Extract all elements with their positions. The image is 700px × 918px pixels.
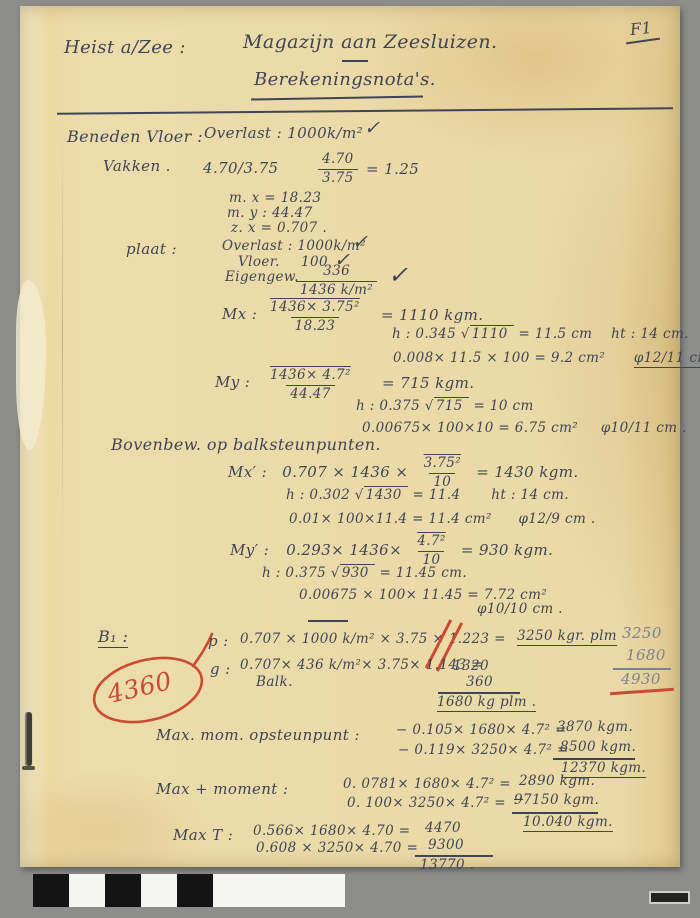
my2-h-line: h : 0.375 √930 = 11.45 cm. bbox=[262, 566, 467, 581]
calibration-square-black bbox=[177, 874, 213, 907]
my-label: My : bbox=[215, 374, 250, 391]
margin-sum-a: 3250 bbox=[622, 625, 662, 642]
max-plus-r1: 2890 kgm. bbox=[519, 774, 595, 789]
b1-g-value: 1320 bbox=[453, 659, 489, 674]
mx-h-line: h : 0.345 √1110 = 11.5 cm ht : 14 cm. bbox=[392, 327, 689, 342]
coef-zx: z. x = 0.707 . bbox=[231, 221, 327, 236]
max-mom-r2: 8500 kgm. bbox=[560, 740, 636, 755]
my-fraction: 1436× 4.7² 44.47 bbox=[266, 368, 355, 402]
plaat-eigengew-label: Eigengew. bbox=[225, 270, 299, 285]
margin-sum-b: 1680 bbox=[626, 647, 666, 664]
my-result: = 715 kgm. bbox=[382, 375, 474, 392]
page-subtitle: Berekeningsnota's. bbox=[254, 70, 436, 90]
archive-sticker bbox=[649, 891, 690, 904]
max-t-r1: 4470 bbox=[425, 821, 461, 836]
title-underline bbox=[342, 60, 368, 62]
mx-result: = 1110 kgm. bbox=[381, 307, 483, 324]
section-bovenbouw-label: Bovenbew. op balksteunpunten. bbox=[111, 436, 381, 454]
max-plus-f1: 0. 0781× 1680× 4.7² = bbox=[343, 777, 511, 792]
calibration-white-bar bbox=[213, 874, 345, 907]
max-t-f1: 0.566× 1680× 4.70 = bbox=[253, 824, 410, 839]
b1-p-label: p : bbox=[208, 633, 229, 650]
check-icon: ✓ bbox=[364, 118, 380, 139]
section-beneden-vloer-label: Beneden Vloer : bbox=[67, 128, 203, 146]
header-location: Heist a/Zee : bbox=[64, 38, 186, 58]
mx-steel-line: 0.008× 11.5 × 100 = 9.2 cm² φ12/11 cm bbox=[393, 351, 700, 366]
max-mom-f1: − 0.105× 1680× 4.7² = bbox=[396, 723, 567, 738]
margin-sum-total: 4930 bbox=[621, 671, 661, 688]
b1-balk-label: Balk. bbox=[256, 675, 293, 690]
b1-p-formula: 0.707 × 1000 k/m² × 3.75 × 1.223 = bbox=[240, 632, 506, 647]
max-plus-label: Max + moment : bbox=[156, 781, 288, 798]
my2-fraction: 4.7² 10 bbox=[413, 534, 449, 568]
my2-rebar: φ10/10 cm . bbox=[477, 602, 563, 617]
max-mom-r1: 3870 kgm. bbox=[557, 720, 633, 735]
b1-balk-value: 360 bbox=[466, 675, 493, 690]
max-plus-r2: 97150 kgm. bbox=[514, 793, 599, 808]
max-t-total: 13770 . bbox=[420, 858, 474, 873]
check-icon: ✓ bbox=[388, 262, 409, 288]
mx2-h-line: h : 0.302 √1430 = 11.4 ht : 14 cm. bbox=[286, 488, 569, 503]
calibration-square-black bbox=[33, 874, 69, 907]
b1-g-formula: 0.707× 436 k/m²× 3.75× 1.143 = bbox=[240, 658, 483, 673]
page-mark: F1 bbox=[629, 19, 653, 39]
max-t-r2: 9300 bbox=[428, 838, 464, 853]
page-title: Magazijn aan Zeesluizen. bbox=[243, 32, 497, 53]
paper-crease bbox=[62, 124, 63, 554]
paper-tear-edge bbox=[16, 280, 46, 450]
vakken-label: Vakken . bbox=[103, 158, 171, 175]
plaat-label: plaat : bbox=[126, 241, 177, 258]
check-icon: ✓ bbox=[352, 232, 368, 253]
mx-fraction: 1436× 3.75² 18.23 bbox=[266, 300, 364, 334]
vakken-result: = 1.25 bbox=[366, 161, 419, 178]
vakken-ratio: 4.70/3.75 bbox=[203, 160, 278, 177]
my2-line: My′ : 0.293× 1436× 4.7² 10 = 930 kgm. bbox=[230, 534, 553, 568]
b1-p-result: 3250 kgr. plm bbox=[517, 629, 617, 646]
plaat-vloer-label: Vloer. bbox=[238, 255, 280, 270]
beneden-overlast: Overlast : 1000k/m² bbox=[204, 125, 363, 142]
mx2-line: Mx′ : 0.707 × 1436 × 3.75² 10 = 1430 kgm… bbox=[228, 456, 579, 490]
my-h-line: h : 0.375 √715 = 10 cm bbox=[356, 399, 534, 414]
vakken-fraction: 4.70 3.75 bbox=[318, 152, 358, 186]
calibration-strip bbox=[33, 874, 345, 907]
b1-g-total: 1680 kg plm . bbox=[437, 695, 536, 712]
max-plus-total: 10.040 kgm. bbox=[523, 815, 613, 832]
my-steel-line: 0.00675× 100×10 = 6.75 cm² φ10/11 cm . bbox=[362, 421, 687, 436]
mx2-steel-line: 0.01× 100×11.4 = 11.4 cm² φ12/9 cm . bbox=[289, 512, 596, 527]
max-t-f2: 0.608 × 3250× 4.70 = bbox=[256, 841, 418, 856]
calibration-square-black bbox=[105, 874, 141, 907]
staple bbox=[25, 712, 32, 766]
coef-my: m. y : 44.47 bbox=[227, 206, 313, 221]
mx2-fraction: 3.75² 10 bbox=[420, 456, 465, 490]
coef-mx: m. x = 18.23 bbox=[229, 191, 321, 206]
b1-g-label: g : bbox=[210, 661, 231, 678]
max-plus-f2: 0. 100× 3250× 4.7² = bbox=[347, 796, 506, 811]
calibration-square-white bbox=[69, 874, 105, 907]
calibration-square-white bbox=[141, 874, 177, 907]
mx-label: Mx : bbox=[222, 306, 257, 323]
max-mom-f2: − 0.119× 3250× 4.7² = bbox=[398, 743, 569, 758]
separator-dash bbox=[308, 620, 348, 622]
plaat-load-sum: 336 1436 k/m² bbox=[296, 264, 377, 298]
struck-digit: 9 bbox=[514, 792, 523, 808]
max-mom-label: Max. mom. opsteunpunt : bbox=[156, 727, 360, 744]
max-t-label: Max T : bbox=[173, 827, 233, 844]
